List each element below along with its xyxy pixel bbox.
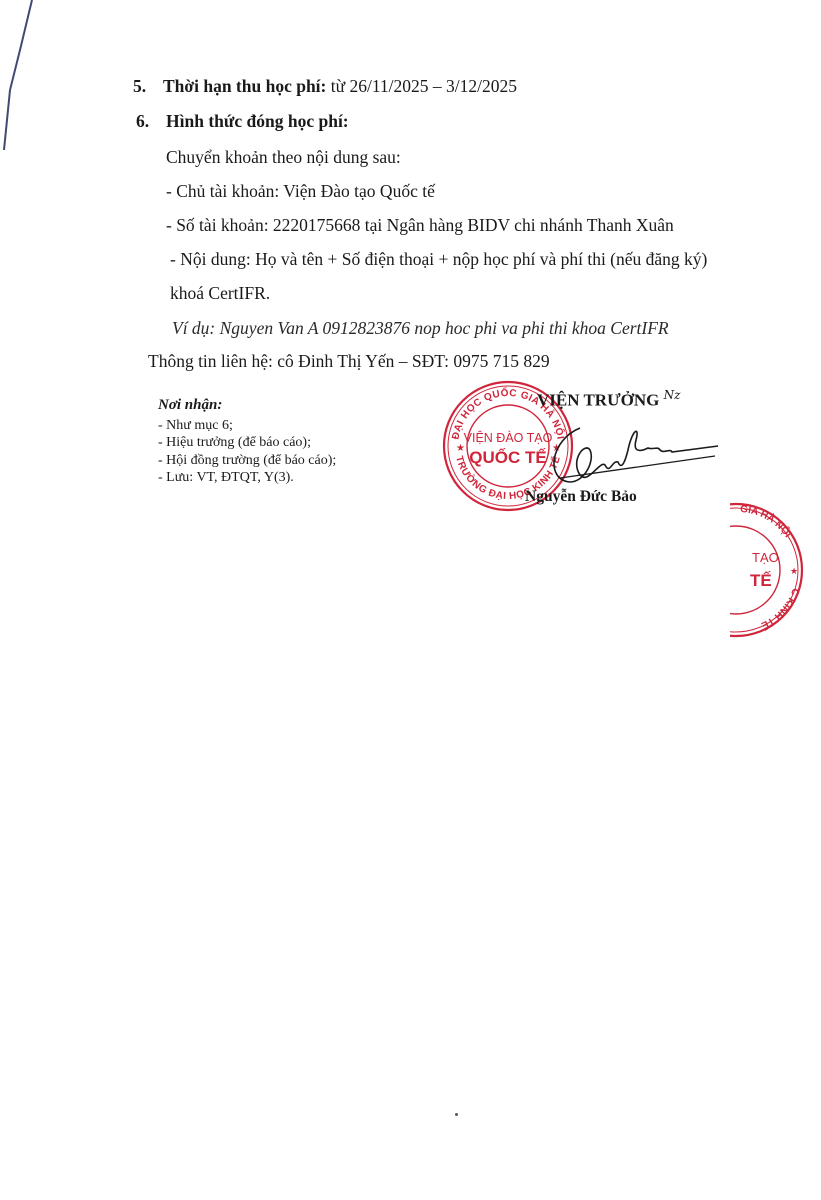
seam-stamp-inner-line2: TẾ <box>750 571 772 590</box>
stamp-inner-line2: QUỐC TẾ <box>469 447 546 467</box>
payment-intro: Chuyển khoản theo nội dung sau: <box>166 146 401 168</box>
recipient-item: - Lưu: VT, ĐTQT, Y(3). <box>158 469 336 487</box>
recipient-item: - Hiệu trưởng (để báo cáo); <box>158 434 336 452</box>
account-owner: - Chủ tài khoản: Viện Đào tạo Quốc tế <box>166 180 435 202</box>
signer-title-text: VIỆN TRƯỞNG <box>537 391 659 410</box>
signer-initial: Nz <box>664 388 681 402</box>
recipient-item: - Như mục 6; <box>158 417 336 435</box>
scan-speck <box>455 1113 458 1116</box>
scan-edge-line <box>0 0 40 150</box>
svg-text:GIA HÀ NỘI: GIA HÀ NỘI <box>740 504 794 540</box>
svg-text:★: ★ <box>790 567 798 577</box>
signer-title: VIỆN TRƯỞNG Nz <box>537 388 680 411</box>
transfer-example: Ví dụ: Nguyen Van A 0912823876 nop hoc p… <box>172 317 669 339</box>
seam-stamp-inner-line1: TẠO <box>752 550 779 565</box>
seam-stamp-outer-bottom: C KINH TẾ <box>759 587 801 633</box>
account-number: - Số tài khoản: 2220175668 tại Ngân hàng… <box>166 214 674 236</box>
transfer-content: - Nội dung: Họ và tên + Số điện thoại + … <box>170 248 707 270</box>
transfer-content-continued: khoá CertIFR. <box>170 282 270 304</box>
item-label: Thời hạn thu học phí: <box>163 76 326 96</box>
item-6-payment-method: 6.Hình thức đóng học phí: <box>136 110 349 132</box>
svg-text:C KINH TẾ: C KINH TẾ <box>759 587 801 633</box>
seam-stamp: GIA HÀ NỘI C KINH TẾ ★ TẠO TẾ <box>700 500 810 640</box>
item-label: Hình thức đóng học phí: <box>166 111 349 131</box>
seam-stamp-outer-top: GIA HÀ NỘI <box>740 504 794 540</box>
item-value: từ 26/11/2025 – 3/12/2025 <box>326 76 517 96</box>
item-5-fee-deadline: 5.Thời hạn thu học phí: từ 26/11/2025 – … <box>133 75 517 97</box>
recipient-item: - Hội đồng trường (để báo cáo); <box>158 452 336 470</box>
item-number: 5. <box>133 75 163 97</box>
contact-info: Thông tin liên hệ: cô Đinh Thị Yến – SĐT… <box>148 350 550 372</box>
item-number: 6. <box>136 110 166 132</box>
recipients-title: Nơi nhận: <box>158 397 336 415</box>
recipients-block: Nơi nhận: - Như mục 6; - Hiệu trưởng (để… <box>158 397 336 487</box>
signer-name: Nguyễn Đức Bảo <box>525 488 637 506</box>
